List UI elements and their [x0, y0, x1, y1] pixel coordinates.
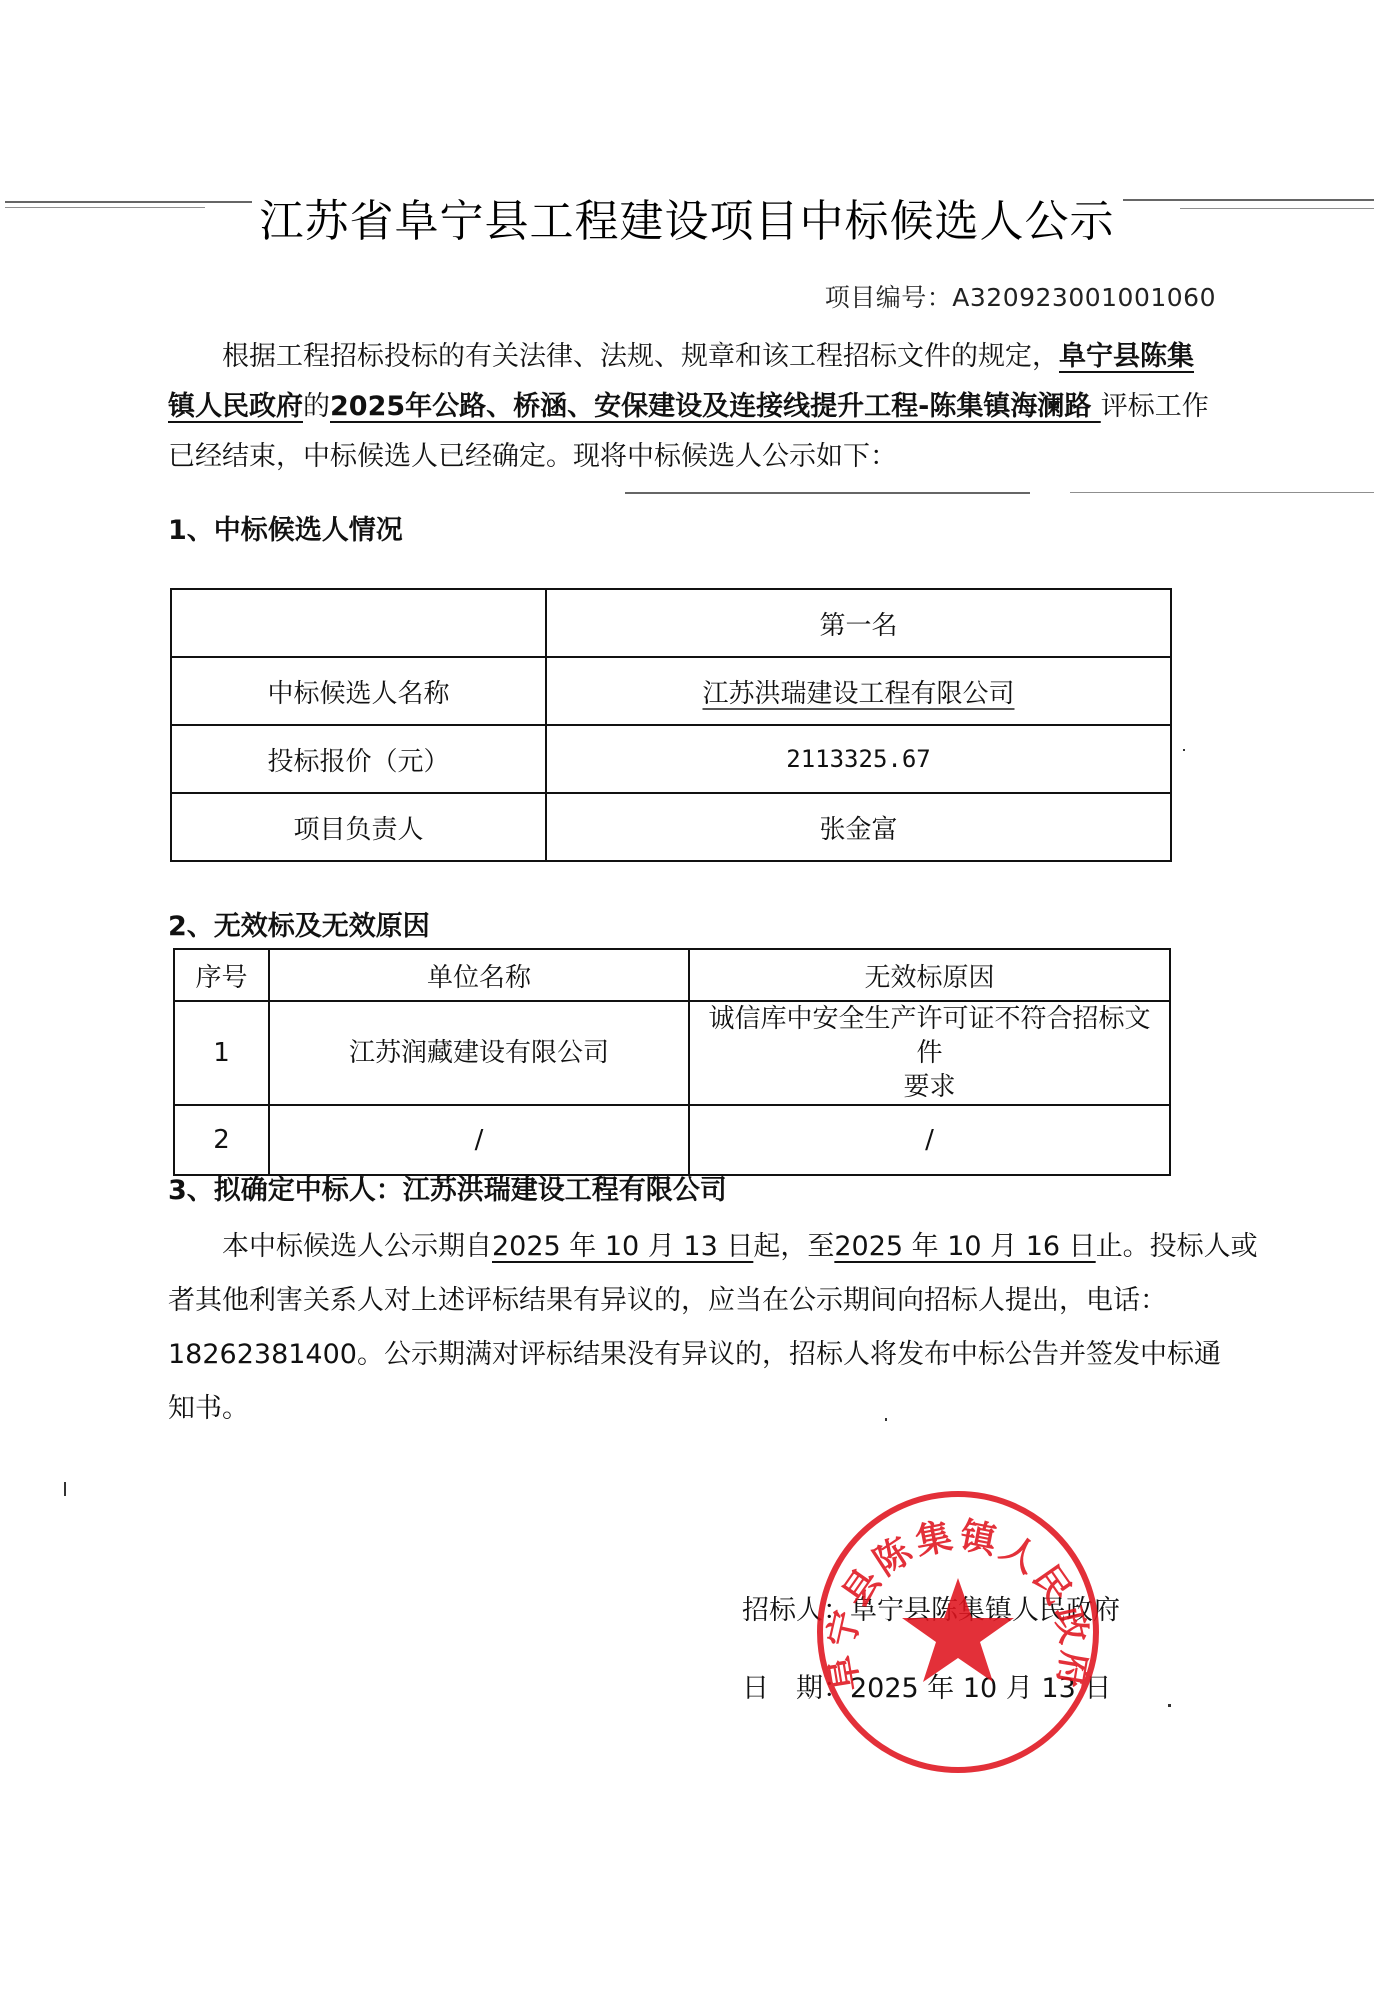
tenderer-signature: 招标人：阜宁县陈集镇人民政府: [742, 1588, 1120, 1627]
section-heading-invalid-bids: 2、无效标及无效原因: [168, 904, 430, 943]
contact-phone: 18262381400。公示期满对评标结果没有异议的，招标人将发布中标公告并签发…: [168, 1328, 1218, 1382]
tenderer-name: 阜宁县陈集: [1059, 341, 1194, 372]
document-title: 江苏省阜宁县工程建设项目中标候选人公示: [0, 185, 1374, 249]
candidate-table: 第一名 中标候选人名称 江苏洪瑞建设工程有限公司 投标报价（元） 2113325…: [170, 588, 1172, 862]
row-number: 1: [174, 1001, 269, 1105]
row-label: 中标候选人名称: [171, 657, 546, 725]
project-number: 项目编号：A320923001001060: [825, 278, 1216, 314]
table-header-cell: 无效标原因: [689, 949, 1170, 1001]
table-header-cell: 第一名: [546, 589, 1171, 657]
row-value: 2113325.67: [546, 725, 1171, 793]
table-row: 1 江苏润藏建设有限公司 诚信库中安全生产许可证不符合招标文件 要求: [174, 1001, 1170, 1105]
table-header-cell: 单位名称: [269, 949, 689, 1001]
invalid-reason: /: [689, 1105, 1170, 1175]
project-number-value: A320923001001060: [952, 283, 1216, 312]
table-row: 投标报价（元） 2113325.67: [171, 725, 1171, 793]
decorative-line: [625, 492, 1030, 494]
scan-speck: [1168, 1704, 1171, 1707]
section-heading-winner: 3、拟确定中标人：江苏洪瑞建设工程有限公司: [168, 1168, 727, 1207]
publicity-end-date: 2025 年 10 月 16 日: [834, 1231, 1095, 1262]
signature-date: 日 期：2025 年 10 月 13 日: [742, 1666, 1111, 1705]
intro-paragraph: 根据工程招标投标的有关法律、法规、规章和该工程招标文件的规定，阜宁县陈集 镇人民…: [168, 332, 1218, 482]
official-seal-icon: 阜宁县陈集镇人民政府: [812, 1486, 1104, 1778]
company-name: 江苏润藏建设有限公司: [269, 1001, 689, 1105]
tenderer-name: 镇人民政府: [168, 391, 303, 422]
project-number-label: 项目编号：: [825, 283, 953, 312]
row-value: 张金富: [546, 793, 1171, 861]
section-heading-candidates: 1、中标候选人情况: [168, 508, 403, 547]
table-header-row: 第一名: [171, 589, 1171, 657]
invalid-bids-table: 序号 单位名称 无效标原因 1 江苏润藏建设有限公司 诚信库中安全生产许可证不符…: [173, 948, 1171, 1176]
table-header-row: 序号 单位名称 无效标原因: [174, 949, 1170, 1001]
row-label: 项目负责人: [171, 793, 546, 861]
project-name: 2025年公路、桥涵、安保建设及连接线提升工程-陈集镇海澜路: [330, 391, 1101, 422]
notice-paragraph: 本中标候选人公示期自2025 年 10 月 13 日起，至2025 年 10 月…: [168, 1220, 1218, 1436]
decorative-line: [1070, 492, 1374, 493]
row-label: 投标报价（元）: [171, 725, 546, 793]
table-row: 2 / /: [174, 1105, 1170, 1175]
scan-speck: [885, 1418, 887, 1421]
row-value: 江苏洪瑞建设工程有限公司: [546, 657, 1171, 725]
scan-speck: [1183, 749, 1185, 751]
table-row: 项目负责人 张金富: [171, 793, 1171, 861]
company-name: /: [269, 1105, 689, 1175]
table-cell: [171, 589, 546, 657]
publicity-start-date: 2025 年 10 月 13 日: [492, 1231, 753, 1262]
scan-speck: [64, 1482, 66, 1496]
row-number: 2: [174, 1105, 269, 1175]
table-row: 中标候选人名称 江苏洪瑞建设工程有限公司: [171, 657, 1171, 725]
table-header-cell: 序号: [174, 949, 269, 1001]
invalid-reason: 诚信库中安全生产许可证不符合招标文件 要求: [689, 1001, 1170, 1105]
